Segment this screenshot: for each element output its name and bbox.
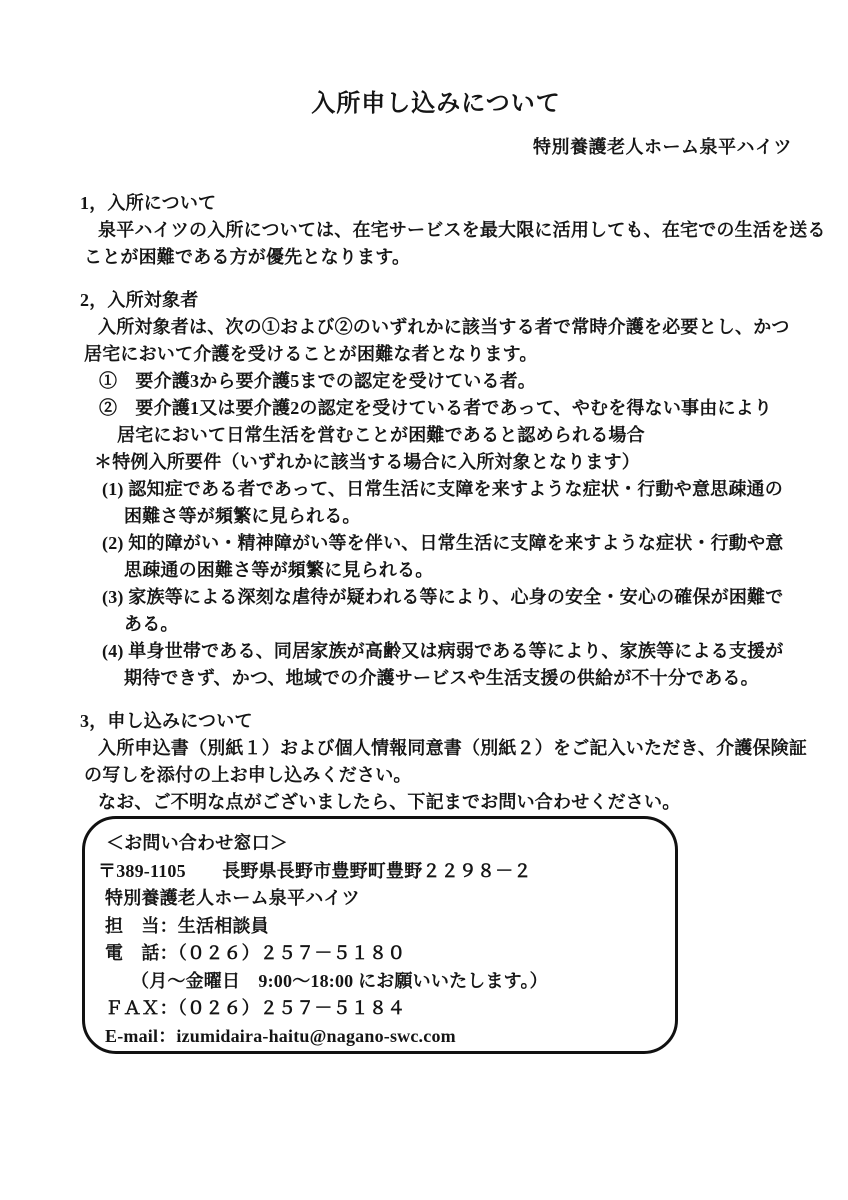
- text-line: 困難さ等が頻繁に見られる。: [80, 503, 792, 530]
- section-heading: 2，入所対象者: [80, 287, 792, 314]
- text-line: なお、ご不明な点がございましたら、下記までお問い合わせください。: [80, 789, 792, 816]
- text-line: 特別養護老人ホーム泉平ハイツ: [98, 885, 667, 913]
- text-line: 期待できず、かつ、地域での介護サービスや生活支援の供給が不十分である。: [80, 665, 792, 692]
- document-page: 入所申し込みについて 特別養護老人ホーム泉平ハイツ 1，入所について 泉平ハイツ…: [0, 0, 848, 1200]
- text-line: E-mail：izumidaira-haitu@nagano-swc.com: [98, 1023, 667, 1051]
- text-line: (2) 知的障がい・精神障がい等を伴い、日常生活に支障を来すような症状・行動や意: [80, 530, 792, 557]
- text-line: 思疎通の困難さ等が頻繁に見られる。: [80, 557, 792, 584]
- text-line: 泉平ハイツの入所については、在宅サービスを最大限に活用しても、在宅での生活を送る: [80, 217, 792, 244]
- text-line: ことが困難である方が優先となります。: [80, 244, 792, 271]
- section-body: 泉平ハイツの入所については、在宅サービスを最大限に活用しても、在宅での生活を送る…: [80, 217, 792, 271]
- text-line: ＜お問い合わせ窓口＞: [98, 830, 667, 858]
- text-line: ① 要介護3から要介護5までの認定を受けている者。: [80, 368, 792, 395]
- section-heading: 3，申し込みについて: [80, 708, 792, 735]
- section-eligibility: 2，入所対象者 入所対象者は、次の①および②のいずれかに該当する者で常時介護を必…: [80, 287, 792, 692]
- text-line: ＦＡＸ：（０２６）２５７－５１８４: [98, 995, 667, 1023]
- text-line: (3) 家族等による深刻な虐待が疑われる等により、心身の安全・安心の確保が困難で: [80, 584, 792, 611]
- text-line: (4) 単身世帯である、同居家族が高齢又は病弱である等により、家族等による支援が: [80, 638, 792, 665]
- section-heading: 1，入所について: [80, 190, 792, 217]
- text-line: 居宅において日常生活を営むことが困難であると認められる場合: [80, 422, 792, 449]
- text-line: 居宅において介護を受けることが困難な者となります。: [80, 341, 792, 368]
- text-line: ある。: [80, 611, 792, 638]
- text-line: 入所対象者は、次の①および②のいずれかに該当する者で常時介護を必要とし、かつ: [80, 314, 792, 341]
- text-line: 入所申込書（別紙１）および個人情報同意書（別紙２）をご記入いただき、介護保険証: [80, 735, 792, 762]
- page-content: 入所申し込みについて 特別養護老人ホーム泉平ハイツ 1，入所について 泉平ハイツ…: [0, 0, 848, 1054]
- section-admission: 1，入所について 泉平ハイツの入所については、在宅サービスを最大限に活用しても、…: [80, 190, 792, 271]
- section-body: 入所申込書（別紙１）および個人情報同意書（別紙２）をご記入いただき、介護保険証の…: [80, 735, 792, 816]
- facility-name-subtitle: 特別養護老人ホーム泉平ハイツ: [80, 134, 792, 161]
- section-body: 入所対象者は、次の①および②のいずれかに該当する者で常時介護を必要とし、かつ居宅…: [80, 314, 792, 692]
- text-line: ② 要介護1又は要介護2の認定を受けている者であって、やむを得ない事由により: [80, 395, 792, 422]
- section-application: 3，申し込みについて 入所申込書（別紙１）および個人情報同意書（別紙２）をご記入…: [80, 708, 792, 816]
- contact-box-body: ＜お問い合わせ窓口＞〒389-1105 長野県長野市豊野町豊野２２９８－２特別養…: [98, 830, 667, 1050]
- text-line: （月～金曜日 9:00～18:00 にお願いいたします。）: [98, 968, 667, 996]
- text-line: の写しを添付の上お申し込みください。: [80, 762, 792, 789]
- contact-info-box: ＜お問い合わせ窓口＞〒389-1105 長野県長野市豊野町豊野２２９８－２特別養…: [82, 816, 678, 1054]
- text-line: 電 話：（０２６）２５７－５１８０: [98, 940, 667, 968]
- page-title: 入所申し込みについて: [80, 88, 792, 120]
- text-line: 担 当：生活相談員: [98, 913, 667, 941]
- text-line: 〒389-1105 長野県長野市豊野町豊野２２９８－２: [98, 858, 667, 886]
- text-line: ＊特例入所要件（いずれかに該当する場合に入所対象となります）: [80, 449, 792, 476]
- text-line: (1) 認知症である者であって、日常生活に支障を来すような症状・行動や意思疎通の: [80, 476, 792, 503]
